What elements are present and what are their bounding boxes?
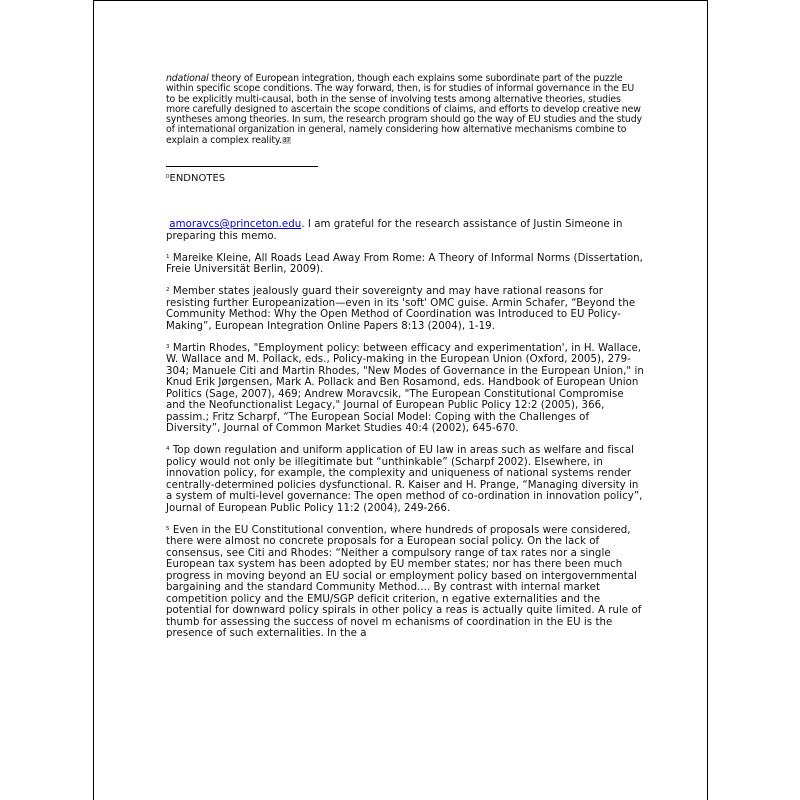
endnote-marker: 3 — [166, 344, 170, 350]
endnotes-label: ENDNOTES — [170, 173, 226, 184]
body-paragraph: ndational theory of European integration… — [166, 74, 644, 146]
paragraph-text: theory of European integration, though e… — [166, 73, 642, 146]
endnote-item: 2 Member states jealously guard their so… — [166, 286, 646, 332]
endnote-item: amoravcs@princeton.edu. I am grateful fo… — [166, 219, 646, 242]
endnote-item: 4 Top down regulation and uniform applic… — [166, 445, 646, 514]
footnote-reference[interactable]: 37 — [282, 137, 291, 144]
endnotes-heading: 0ENDNOTES — [166, 173, 225, 184]
endnote-marker: 4 — [166, 446, 170, 452]
endnote-item: 5 Even in the EU Constitutional conventi… — [166, 525, 646, 640]
endnote-text: Martin Rhodes, "Employment policy: betwe… — [166, 343, 644, 435]
endnote-item: 1 Mareike Kleine, All Roads Lead Away Fr… — [166, 253, 646, 276]
endnote-text: Mareike Kleine, All Roads Lead Away From… — [166, 253, 643, 276]
endnote-marker: 2 — [166, 287, 170, 293]
endnotes-list: amoravcs@princeton.edu. I am grateful fo… — [166, 219, 646, 650]
endnote-text: Even in the EU Constitutional convention… — [166, 525, 641, 640]
endnote-text: Top down regulation and uniform applicat… — [166, 445, 642, 514]
endnote-text: Member states jealously guard their sove… — [166, 286, 635, 332]
endnote-marker: 5 — [166, 526, 170, 532]
endnote-separator-rule — [166, 166, 318, 167]
email-link[interactable]: amoravcs@princeton.edu — [169, 219, 301, 230]
document-page: ndational theory of European integration… — [93, 0, 708, 800]
endnote-marker: 1 — [166, 254, 170, 260]
endnote-item: 3 Martin Rhodes, "Employment policy: bet… — [166, 343, 646, 435]
